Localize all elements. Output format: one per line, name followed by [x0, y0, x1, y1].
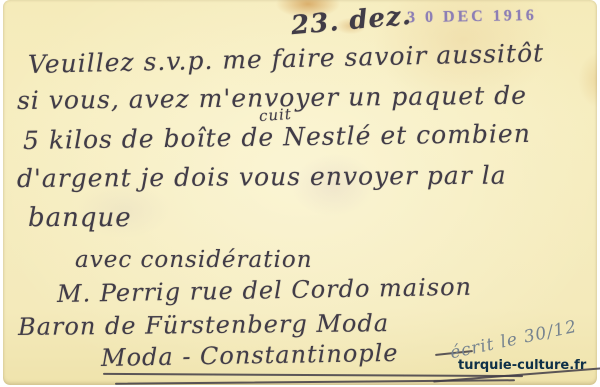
site-watermark: turquie-culture.fr — [458, 358, 586, 373]
underline-stroke — [103, 373, 523, 377]
address-line: M. Perrig rue del Cordo maison — [57, 273, 472, 308]
postmark-date-stamp: 3 0 DEC 1916 — [407, 7, 547, 27]
pencil-annotation: écrit le 30/12 — [448, 317, 579, 363]
message-line: banque — [28, 203, 132, 233]
postcard: 3 0 DEC 1916 23. dez. Veuillez s.v.p. me… — [3, 0, 597, 385]
closing-line: avec considération — [75, 247, 313, 273]
message-line: Veuillez s.v.p. me faire savoir aussitôt — [28, 38, 545, 79]
message-line: d'argent je dois vous envoyer par la — [17, 161, 507, 193]
handwritten-date: 23. dez. — [290, 1, 413, 41]
address-line: Baron de Fürstenberg Moda — [18, 309, 389, 341]
postcard-scan: 3 0 DEC 1916 23. dez. Veuillez s.v.p. me… — [0, 0, 600, 387]
address-line: Moda - Constantinople — [101, 339, 399, 372]
message-line: 5 kilos de boîte de Nestlé et combien — [23, 119, 531, 155]
